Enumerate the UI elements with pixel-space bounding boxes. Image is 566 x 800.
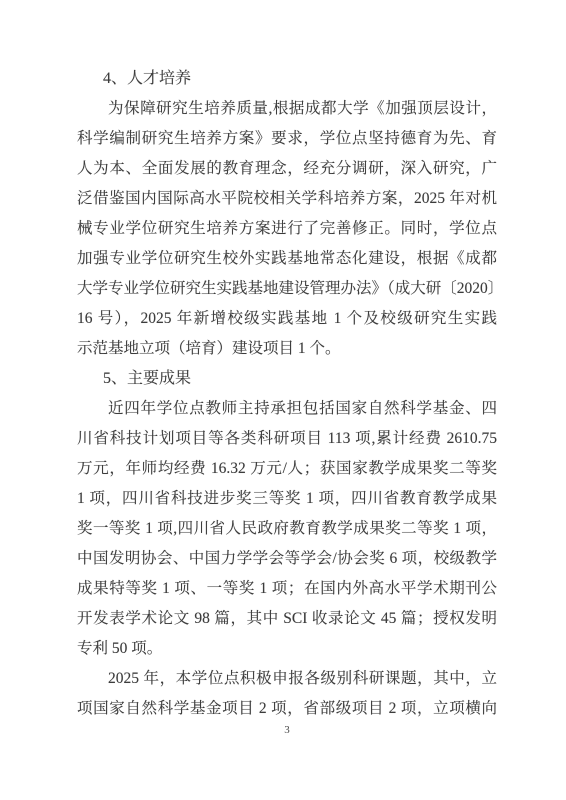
text-line: 中国发明协会、中国力学学会等学会/协会奖 6 项，校级教学 [77,544,497,574]
text-line: 械专业学位研究生培养方案进行了完善修正。同时，学位点 [77,214,497,244]
text-line: 1 项，四川省科技进步奖三等奖 1 项，四川省教育教学成果 [77,484,497,514]
text-line: 示范基地立项（培育）建设项目 1 个。 [77,334,497,364]
text-line: 泛借鉴国内国际高水平院校相关学科培养方案，2025 年对机 [77,184,497,214]
text-line: 川省科技计划项目等各类科研项目 113 项,累计经费 2610.75 [77,424,497,454]
text-line: 科学编制研究生培养方案》要求，学位点坚持德育为先、育 [77,124,497,154]
page-number: 3 [77,722,497,738]
text-line: 大学专业学位研究生实践基地建设管理办法》（成大研〔2020〕 [77,274,497,304]
text-line: 加强专业学位研究生校外实践基地常态化建设，根据《成都 [77,244,497,274]
text-line: 成果特等奖 1 项、一等奖 1 项；在国内外高水平学术期刊公 [77,574,497,604]
text-line: 专利 50 项。 [77,634,497,664]
text-line: 近四年学位点教师主持承担包括国家自然科学基金、四 [77,394,497,424]
text-line: 万元，年师均经费 16.32 万元/人；获国家教学成果奖二等奖 [77,454,497,484]
text-line: 人为本、全面发展的教育理念，经充分调研，深入研究，广 [77,154,497,184]
text-line: 开发表学术论文 98 篇，其中 SCI 收录论文 45 篇；授权发明 [77,604,497,634]
text-line: 16 号），2025 年新增校级实践基地 1 个及校级研究生实践 [77,304,497,334]
text-line: 2025 年，本学位点积极申报各级别科研课题，其中，立 [77,664,497,694]
text-line: 项国家自然科学基金项目 2 项，省部级项目 2 项，立项横向 [77,694,497,724]
text-line: 为保障研究生培养质量,根据成都大学《加强顶层设计， [77,94,497,124]
section-heading-talent-cultivation: 4、人才培养 [77,64,497,94]
document-page: 4、人才培养 为保障研究生培养质量,根据成都大学《加强顶层设计， 科学编制研究生… [0,0,566,800]
section-heading-main-achievements: 5、主要成果 [77,364,497,394]
text-line: 奖一等奖 1 项,四川省人民政府教育教学成果奖二等奖 1 项， [77,514,497,544]
document-text-block: 4、人才培养 为保障研究生培养质量,根据成都大学《加强顶层设计， 科学编制研究生… [77,64,497,724]
